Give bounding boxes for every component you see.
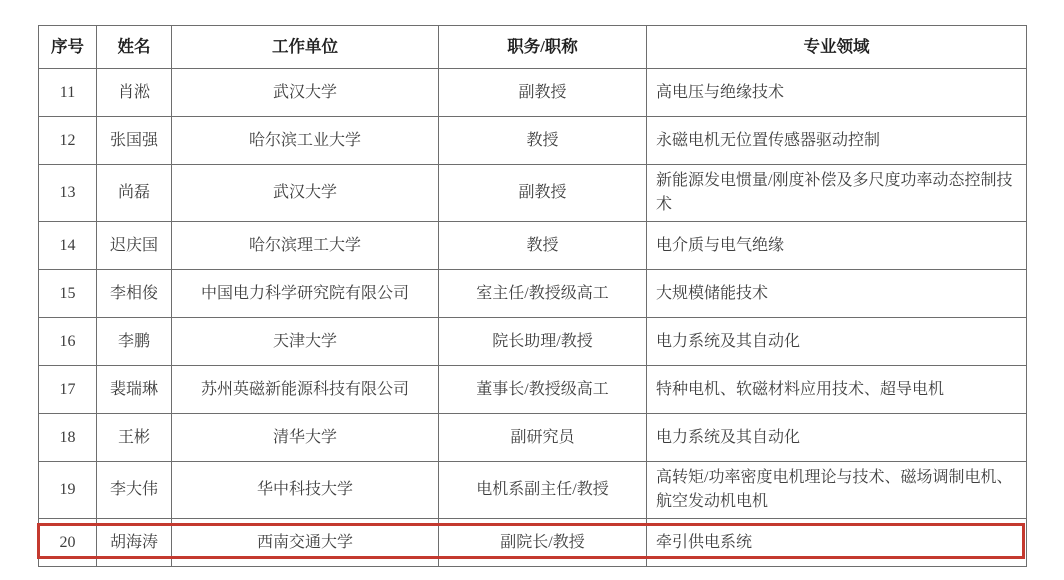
cell-name: 李相俊 [97,270,172,318]
cell-title: 电机系副主任/教授 [439,462,647,519]
cell-name: 肖淞 [97,69,172,117]
cell-field: 高电压与绝缘技术 [647,69,1027,117]
cell-org: 西南交通大学 [172,519,439,567]
cell-field: 大规模储能技术 [647,270,1027,318]
cell-name: 迟庆国 [97,222,172,270]
table-row: 11 肖淞 武汉大学 副教授 高电压与绝缘技术 [39,69,1027,117]
cell-field: 新能源发电惯量/刚度补偿及多尺度功率动态控制技术 [647,165,1027,222]
cell-title: 副研究员 [439,414,647,462]
col-header-field: 专业领域 [647,26,1027,69]
table-row: 18 王彬 清华大学 副研究员 电力系统及其自动化 [39,414,1027,462]
cell-title: 副教授 [439,69,647,117]
header-row: 序号 姓名 工作单位 职务/职称 专业领域 [39,26,1027,69]
table-row-highlighted: 20 胡海涛 西南交通大学 副院长/教授 牵引供电系统 [39,519,1027,567]
cell-field: 永磁电机无位置传感器驱动控制 [647,117,1027,165]
cell-name: 张国强 [97,117,172,165]
cell-no: 19 [39,462,97,519]
table-row: 19 李大伟 华中科技大学 电机系副主任/教授 高转矩/功率密度电机理论与技术、… [39,462,1027,519]
table-row: 15 李相俊 中国电力科学研究院有限公司 室主任/教授级高工 大规模储能技术 [39,270,1027,318]
cell-title: 院长助理/教授 [439,318,647,366]
cell-org: 武汉大学 [172,165,439,222]
table-row: 17 裴瑞琳 苏州英磁新能源科技有限公司 董事长/教授级高工 特种电机、软磁材料… [39,366,1027,414]
col-header-title: 职务/职称 [439,26,647,69]
expert-table-wrap: 序号 姓名 工作单位 职务/职称 专业领域 11 肖淞 武汉大学 副教授 高电压… [38,25,1026,567]
cell-org: 华中科技大学 [172,462,439,519]
expert-table: 序号 姓名 工作单位 职务/职称 专业领域 11 肖淞 武汉大学 副教授 高电压… [38,25,1027,567]
cell-title: 董事长/教授级高工 [439,366,647,414]
cell-name: 王彬 [97,414,172,462]
document-page: 序号 姓名 工作单位 职务/职称 专业领域 11 肖淞 武汉大学 副教授 高电压… [0,0,1064,580]
cell-name: 李大伟 [97,462,172,519]
cell-org: 中国电力科学研究院有限公司 [172,270,439,318]
cell-field: 特种电机、软磁材料应用技术、超导电机 [647,366,1027,414]
cell-org: 哈尔滨理工大学 [172,222,439,270]
cell-title: 副院长/教授 [439,519,647,567]
cell-name: 裴瑞琳 [97,366,172,414]
col-header-name: 姓名 [97,26,172,69]
col-header-no: 序号 [39,26,97,69]
cell-field: 电力系统及其自动化 [647,414,1027,462]
cell-title: 教授 [439,222,647,270]
cell-no: 16 [39,318,97,366]
cell-name: 胡海涛 [97,519,172,567]
cell-org: 天津大学 [172,318,439,366]
cell-org: 清华大学 [172,414,439,462]
table-row: 12 张国强 哈尔滨工业大学 教授 永磁电机无位置传感器驱动控制 [39,117,1027,165]
cell-title: 教授 [439,117,647,165]
cell-title: 室主任/教授级高工 [439,270,647,318]
cell-org: 武汉大学 [172,69,439,117]
table-row: 16 李鹏 天津大学 院长助理/教授 电力系统及其自动化 [39,318,1027,366]
cell-name: 李鹏 [97,318,172,366]
cell-no: 20 [39,519,97,567]
cell-no: 14 [39,222,97,270]
table-row: 13 尚磊 武汉大学 副教授 新能源发电惯量/刚度补偿及多尺度功率动态控制技术 [39,165,1027,222]
table-row: 14 迟庆国 哈尔滨理工大学 教授 电介质与电气绝缘 [39,222,1027,270]
cell-field: 电介质与电气绝缘 [647,222,1027,270]
cell-no: 18 [39,414,97,462]
cell-no: 13 [39,165,97,222]
cell-no: 11 [39,69,97,117]
cell-title: 副教授 [439,165,647,222]
cell-no: 12 [39,117,97,165]
cell-field: 高转矩/功率密度电机理论与技术、磁场调制电机、航空发动机电机 [647,462,1027,519]
cell-name: 尚磊 [97,165,172,222]
cell-org: 哈尔滨工业大学 [172,117,439,165]
cell-no: 17 [39,366,97,414]
cell-field: 电力系统及其自动化 [647,318,1027,366]
cell-field: 牵引供电系统 [647,519,1027,567]
cell-org: 苏州英磁新能源科技有限公司 [172,366,439,414]
col-header-org: 工作单位 [172,26,439,69]
cell-no: 15 [39,270,97,318]
